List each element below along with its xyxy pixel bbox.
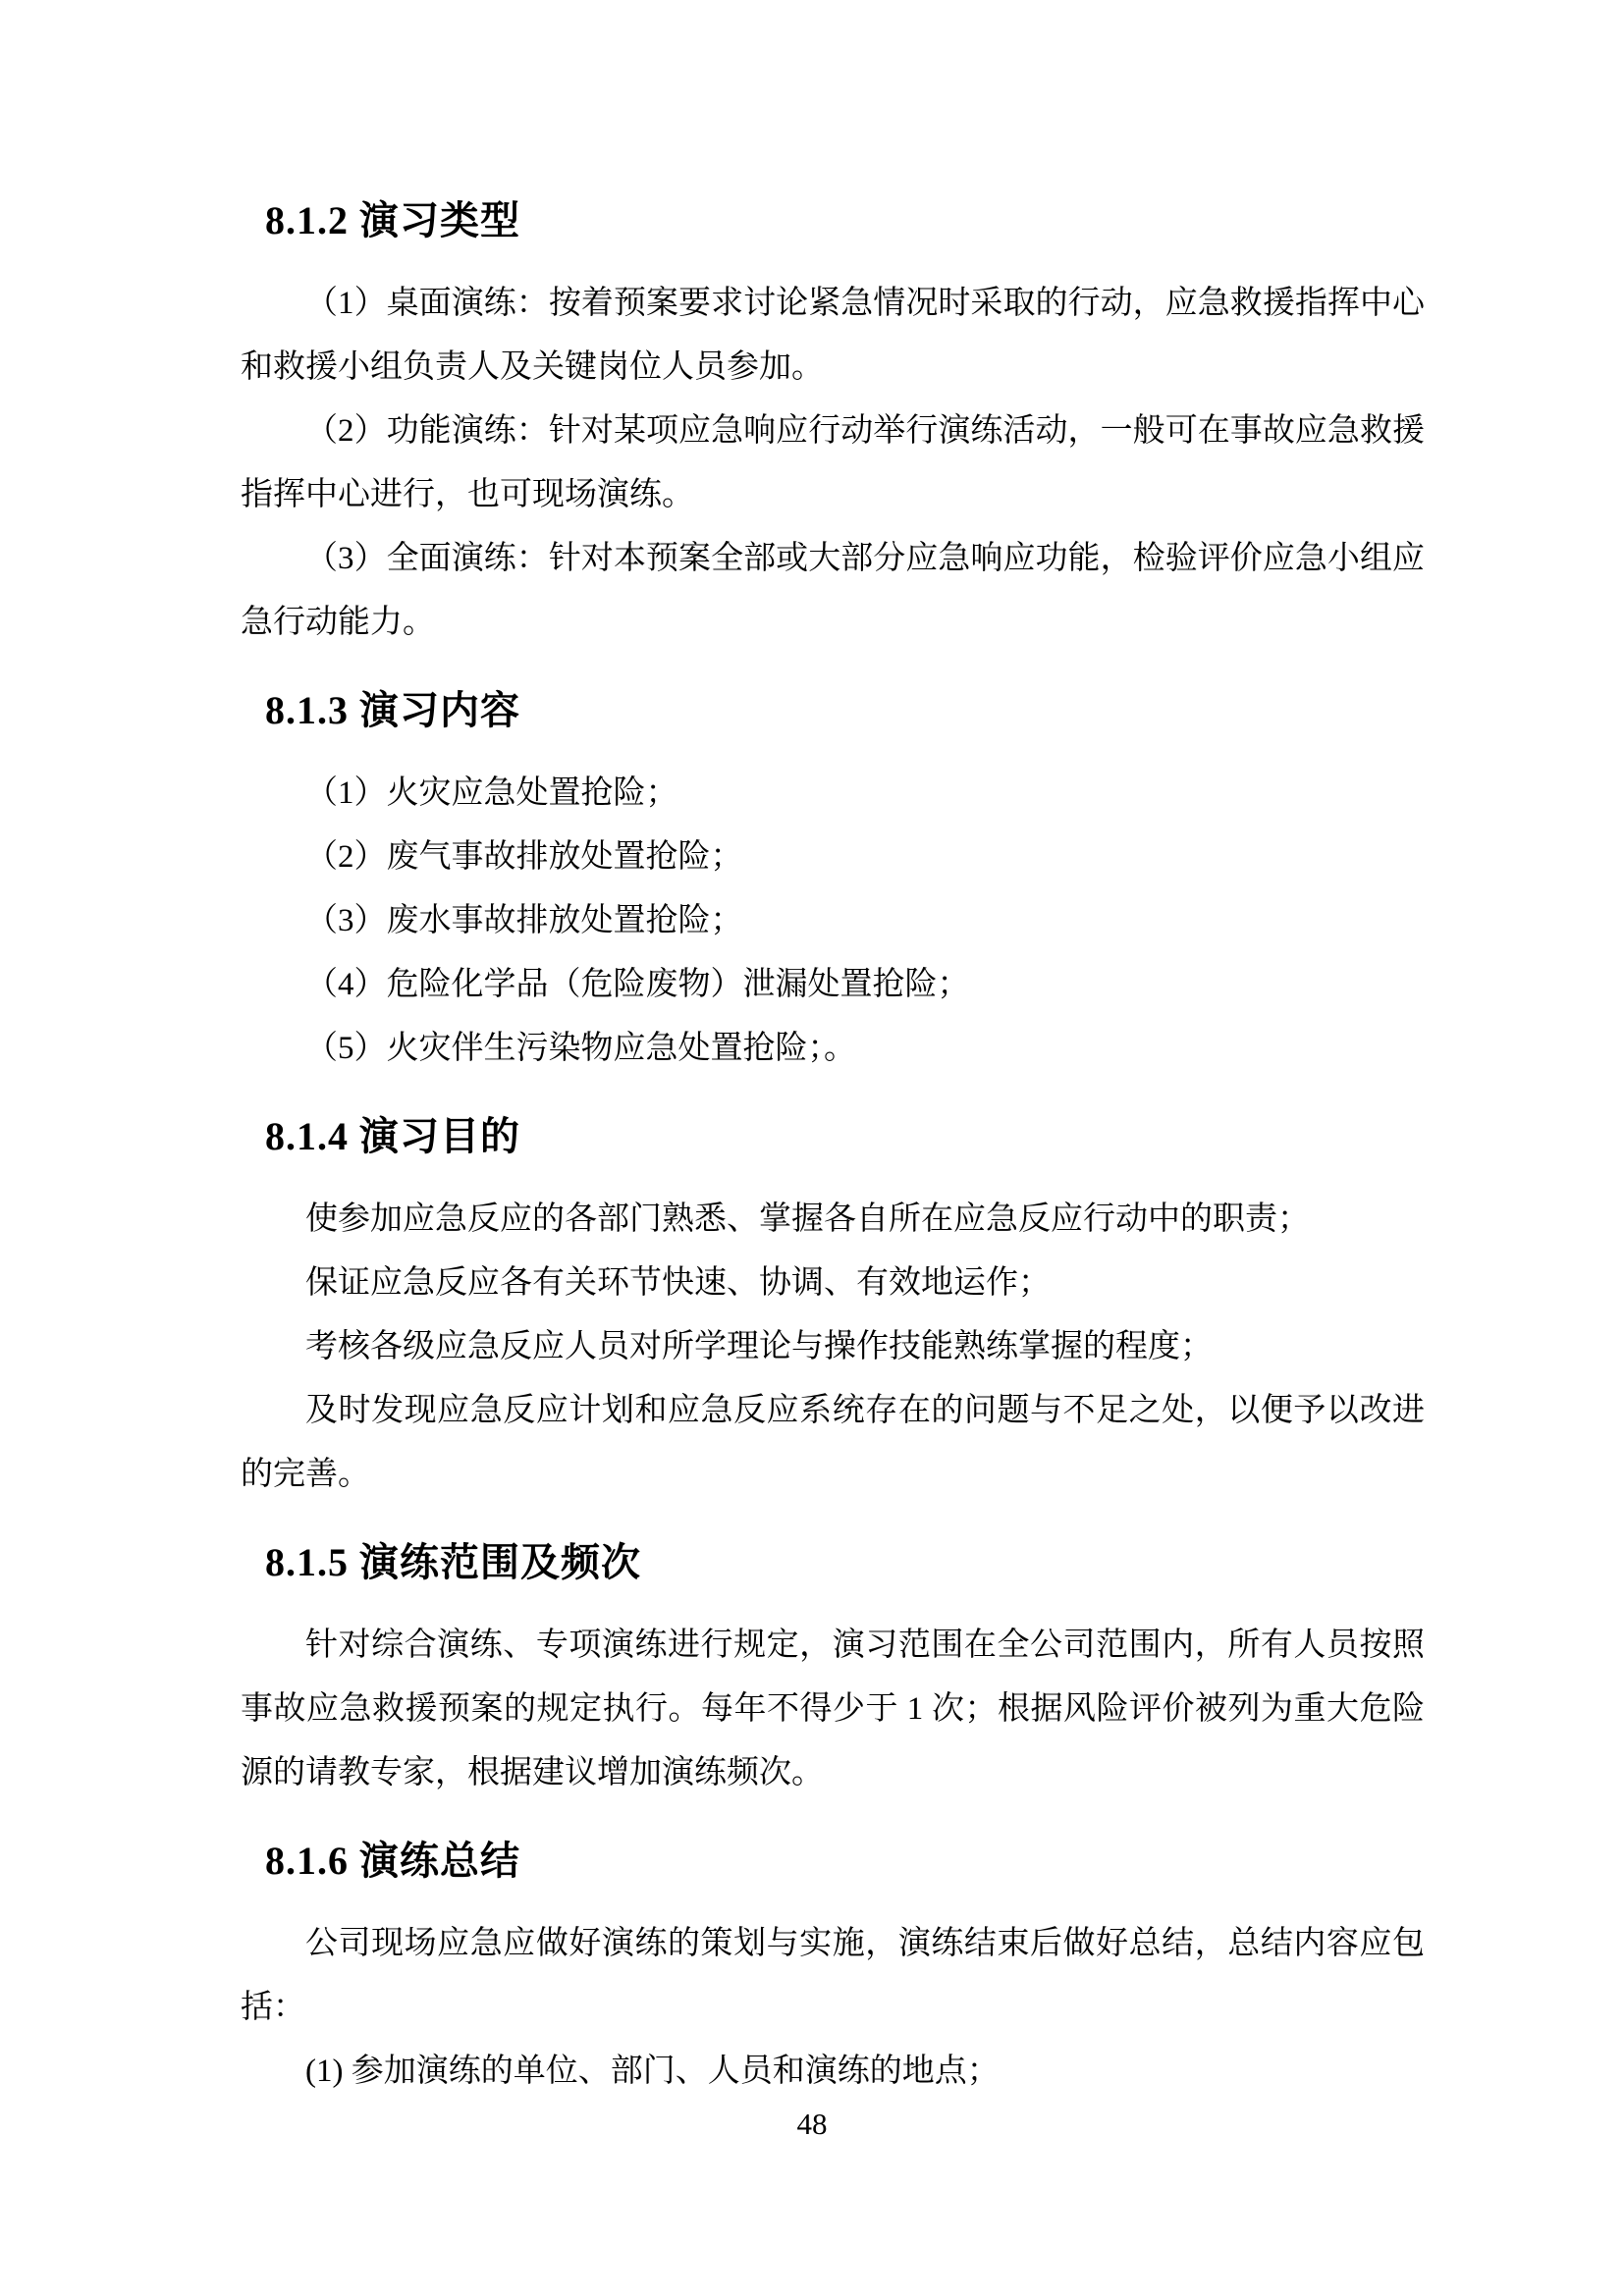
paragraph-summary-item-1: (1) 参加演练的单位、部门、人员和演练的地点； [241, 2040, 1425, 2104]
section-8-1-6: 8.1.6 演练总结 公司现场应急应做好演练的策划与实施，演练结束后做好总结，总… [241, 1837, 1425, 2104]
heading-8-1-3: 8.1.3 演习内容 [265, 686, 1425, 735]
section-8-1-5: 8.1.5 演练范围及频次 针对综合演练、专项演练进行规定，演习范围在全公司范围… [241, 1538, 1425, 1805]
section-8-1-4: 8.1.4 演习目的 使参加应急反应的各部门熟悉、掌握各自所在应急反应行动中的职… [241, 1112, 1425, 1507]
paragraph-tabletop-drill: （1）桌面演练：按着预案要求讨论紧急情况时采取的行动，应急救援指挥中心和救援小组… [241, 272, 1425, 400]
heading-8-1-6: 8.1.6 演练总结 [265, 1837, 1425, 1886]
page-number: 48 [797, 2107, 828, 2141]
paragraph-scope-frequency: 针对综合演练、专项演练进行规定，演习范围在全公司范围内，所有人员按照事故应急救援… [241, 1614, 1425, 1805]
paragraph-purpose-improvement: 及时发现应急反应计划和应急反应系统存在的问题与不足之处，以便予以改进的完善。 [241, 1379, 1425, 1507]
paragraph-functional-drill: （2）功能演练：针对某项应急响应行动举行演练活动，一般可在事故应急救援指挥中心进… [241, 400, 1425, 527]
paragraph-purpose-duties: 使参加应急反应的各部门熟悉、掌握各自所在应急反应行动中的职责； [241, 1188, 1425, 1252]
list-item-fire: （1）火灾应急处置抢险； [241, 762, 1425, 826]
section-8-1-3: 8.1.3 演习内容 （1）火灾应急处置抢险； （2）废气事故排放处置抢险； （… [241, 686, 1425, 1081]
list-item-chemical-leak: （4）危险化学品（危险废物）泄漏处置抢险； [241, 953, 1425, 1017]
paragraph-full-drill: （3）全面演练：针对本预案全部或大部分应急响应功能，检验评价应急小组应急行动能力… [241, 527, 1425, 655]
heading-8-1-5: 8.1.5 演练范围及频次 [265, 1538, 1425, 1587]
paragraph-purpose-coordination: 保证应急反应各有关环节快速、协调、有效地运作； [241, 1252, 1425, 1315]
heading-8-1-4: 8.1.4 演习目的 [265, 1112, 1425, 1161]
list-item-waste-gas: （2）废气事故排放处置抢险； [241, 826, 1425, 889]
paragraph-purpose-assessment: 考核各级应急反应人员对所学理论与操作技能熟练掌握的程度； [241, 1315, 1425, 1379]
document-page: 8.1.2 演习类型 （1）桌面演练：按着预案要求讨论紧急情况时采取的行动，应急… [0, 0, 1624, 2296]
paragraph-summary-intro: 公司现场应急应做好演练的策划与实施，演练结束后做好总结，总结内容应包括： [241, 1912, 1425, 2040]
page-footer: 48 [0, 2104, 1624, 2145]
section-8-1-2: 8.1.2 演习类型 （1）桌面演练：按着预案要求讨论紧急情况时采取的行动，应急… [241, 196, 1425, 655]
list-item-waste-water: （3）废水事故排放处置抢险； [241, 889, 1425, 953]
page-content: 8.1.2 演习类型 （1）桌面演练：按着预案要求讨论紧急情况时采取的行动，应急… [241, 196, 1425, 2104]
heading-8-1-2: 8.1.2 演习类型 [265, 196, 1425, 245]
list-item-fire-pollutant: （5）火灾伴生污染物应急处置抢险；。 [241, 1017, 1425, 1081]
